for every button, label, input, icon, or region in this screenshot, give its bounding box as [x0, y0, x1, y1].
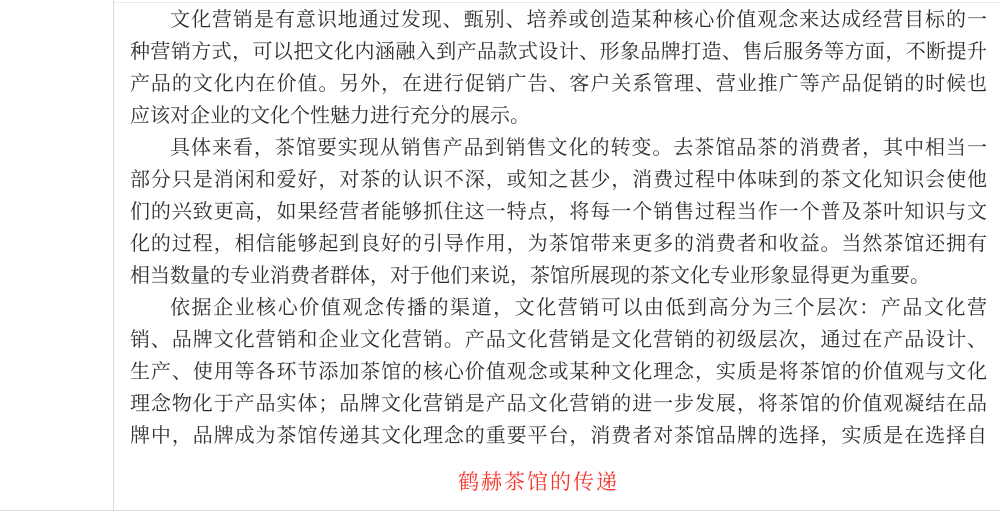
- text-line: 理念物化于产品实体；品牌文化营销是产品文化营销的进一步发展，将茶馆的价值观凝结在…: [130, 388, 987, 420]
- text-line: 种营销方式，可以把文化内涵融入到产品款式设计、形象品牌打造、售后服务等方面，不断…: [130, 36, 987, 68]
- text-column: 文化营销是有意识地通过发现、甄别、培养或创造某种核心价值观念来达成经营目标的一种…: [130, 4, 987, 499]
- text-line: 应该对企业的文化个性魅力进行充分的展示。: [130, 100, 987, 132]
- paragraphs-container: 文化营销是有意识地通过发现、甄别、培养或创造某种核心价值观念来达成经营目标的一种…: [130, 4, 987, 452]
- page-left-margin: [0, 0, 113, 511]
- text-line: 生产、使用等各环节添加茶馆的核心价值观念或某种文化理念，实质是将茶馆的价值观与文…: [130, 356, 987, 388]
- text-line: 化的过程，相信能够起到良好的引导作用，为茶馆带来更多的消费者和收益。当然茶馆还拥…: [130, 228, 987, 260]
- text-line: 依据企业核心价值观念传播的渠道，文化营销可以由低到高分为三个层次：产品文化营: [130, 292, 987, 324]
- section-heading: 鹤赫茶馆的传递: [130, 467, 947, 499]
- top-divider: [114, 2, 1000, 3]
- text-line: 文化营销是有意识地通过发现、甄别、培养或创造某种核心价值观念来达成经营目标的一: [130, 4, 987, 36]
- text-line: 相当数量的专业消费者群体，对于他们来说，茶馆所展现的茶文化专业形象显得更为重要。: [130, 260, 987, 292]
- page-margin-rule: [113, 0, 114, 511]
- paragraph: 具体来看，茶馆要实现从销售产品到销售文化的转变。去茶馆品茶的消费者，其中相当一部…: [130, 132, 987, 292]
- text-line: 具体来看，茶馆要实现从销售产品到销售文化的转变。去茶馆品茶的消费者，其中相当一: [130, 132, 987, 164]
- text-line: 们的兴致更高，如果经营者能够抓住这一特点，将每一个销售过程当作一个普及茶叶知识与…: [130, 196, 987, 228]
- text-line: 部分只是消闲和爱好，对茶的认识不深，或知之甚少，消费过程中体味到的茶文化知识会使…: [130, 164, 987, 196]
- text-line: 产品的文化内在价值。另外，在进行促销广告、客户关系管理、营业推广等产品促销的时候…: [130, 68, 987, 100]
- paragraph: 依据企业核心价值观念传播的渠道，文化营销可以由低到高分为三个层次：产品文化营销、…: [130, 292, 987, 452]
- text-line: 销、品牌文化营销和企业文化营销。产品文化营销是文化营销的初级层次，通过在产品设计…: [130, 324, 987, 356]
- document-page: 文化营销是有意识地通过发现、甄别、培养或创造某种核心价值观念来达成经营目标的一种…: [0, 0, 1000, 511]
- paragraph: 文化营销是有意识地通过发现、甄别、培养或创造某种核心价值观念来达成经营目标的一种…: [130, 4, 987, 132]
- text-line: 牌中，品牌成为茶馆传递其文化理念的重要平台，消费者对茶馆品牌的选择，实质是在选择…: [130, 420, 987, 452]
